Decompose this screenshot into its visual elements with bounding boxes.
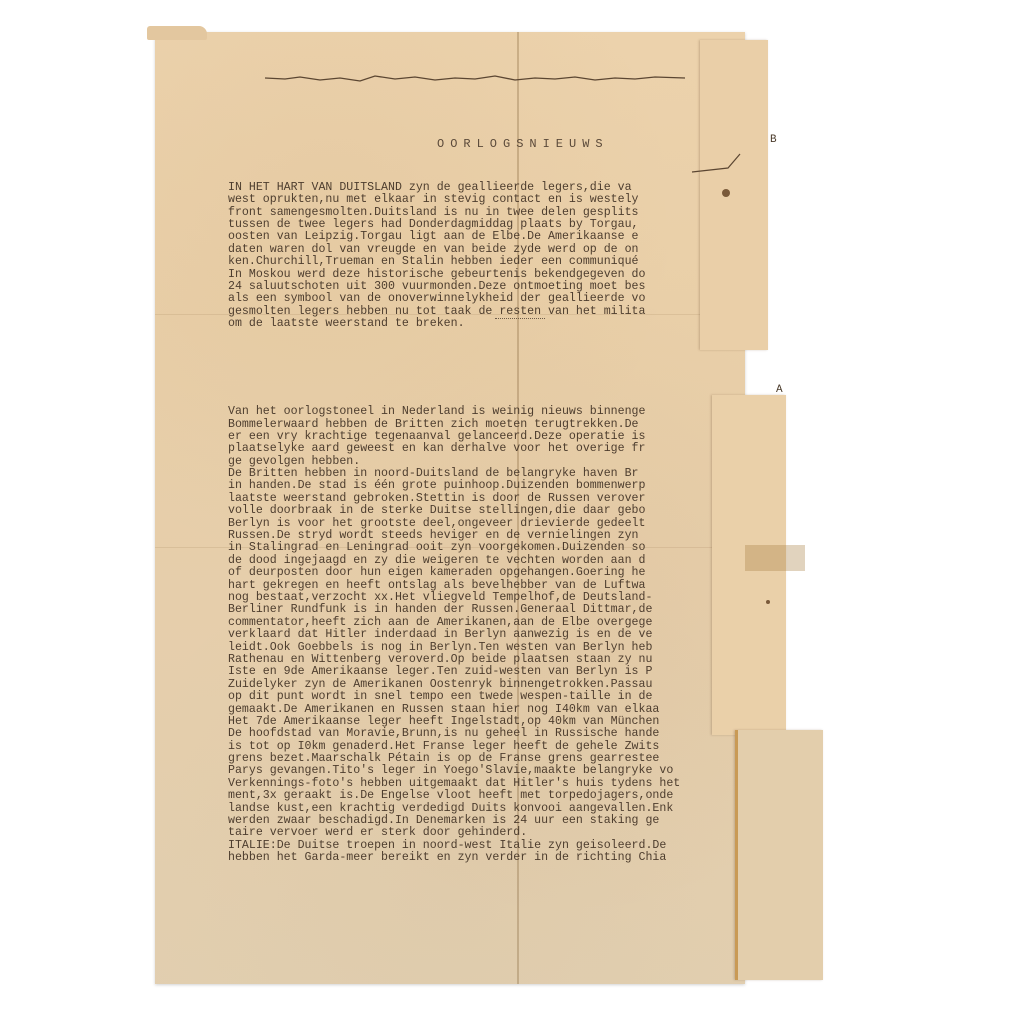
text-line: oosten van Leipzig.Torgau ligt aan de El… [228, 231, 728, 243]
flap-fragment-letter: B [770, 134, 777, 146]
torn-corner [147, 26, 207, 40]
ink-spot [766, 600, 770, 604]
text-line: in handen.De stad is één grote puinhoop.… [228, 480, 728, 492]
paragraph-1: IN HET HART VAN DUITSLAND zyn de geallie… [228, 182, 728, 331]
text-line: Van het oorlogstoneel in Nederland is we… [228, 406, 728, 418]
folded-flap-bottom [735, 730, 823, 980]
paragraph-2: Van het oorlogstoneel in Nederland is we… [228, 406, 728, 864]
text-line: op dit punt wordt in snel tempo een twed… [228, 691, 728, 703]
document-title: OORLOGSNIEUWS [437, 137, 609, 151]
article-body: IN HET HART VAN DUITSLAND zyn de geallie… [228, 157, 728, 877]
text-line: om de laatste weerstand te breken. [228, 318, 728, 330]
tear-line [265, 72, 685, 86]
text-line: hebben het Garda-meer bereikt en zyn ver… [228, 852, 728, 864]
text-line: of deurposten door hun eigen kameraden o… [228, 567, 728, 579]
text-line: verklaard dat Hitler inderdaad in Berlyn… [228, 629, 728, 641]
text-line: ment,3x geraakt is.De Engelse vloot heef… [228, 790, 728, 802]
text-line: als een symbool van de onoverwinnelykhei… [228, 293, 728, 305]
section-separator [495, 318, 545, 319]
text-line: in Stalingrad en Leningrad ooit zyn voor… [228, 542, 728, 554]
text-line: ken.Churchill,Trueman en Stalin hebben i… [228, 256, 728, 268]
text-line: plaatselyke aard geweest en kan derhalve… [228, 443, 728, 455]
text-line: volle doorbraak in de sterke Duitse stel… [228, 505, 728, 517]
text-line: De hoofdstad van Moravie,Brunn,is nu geh… [228, 728, 728, 740]
text-line: Parys gevangen.Tito's leger in Yoego'Sla… [228, 765, 728, 777]
text-line: Iste en 9de Amerikaanse leger.Ten zuid-w… [228, 666, 728, 678]
text-line: west oprukten,nu met elkaar in stevig co… [228, 194, 728, 206]
flap-fragment-letter: A [776, 384, 783, 396]
text-line: Berliner Rundfunk is in handen der Russe… [228, 604, 728, 616]
text-line: taire vervoer werd er sterk door gehinde… [228, 827, 728, 839]
tape-stain [745, 545, 805, 571]
